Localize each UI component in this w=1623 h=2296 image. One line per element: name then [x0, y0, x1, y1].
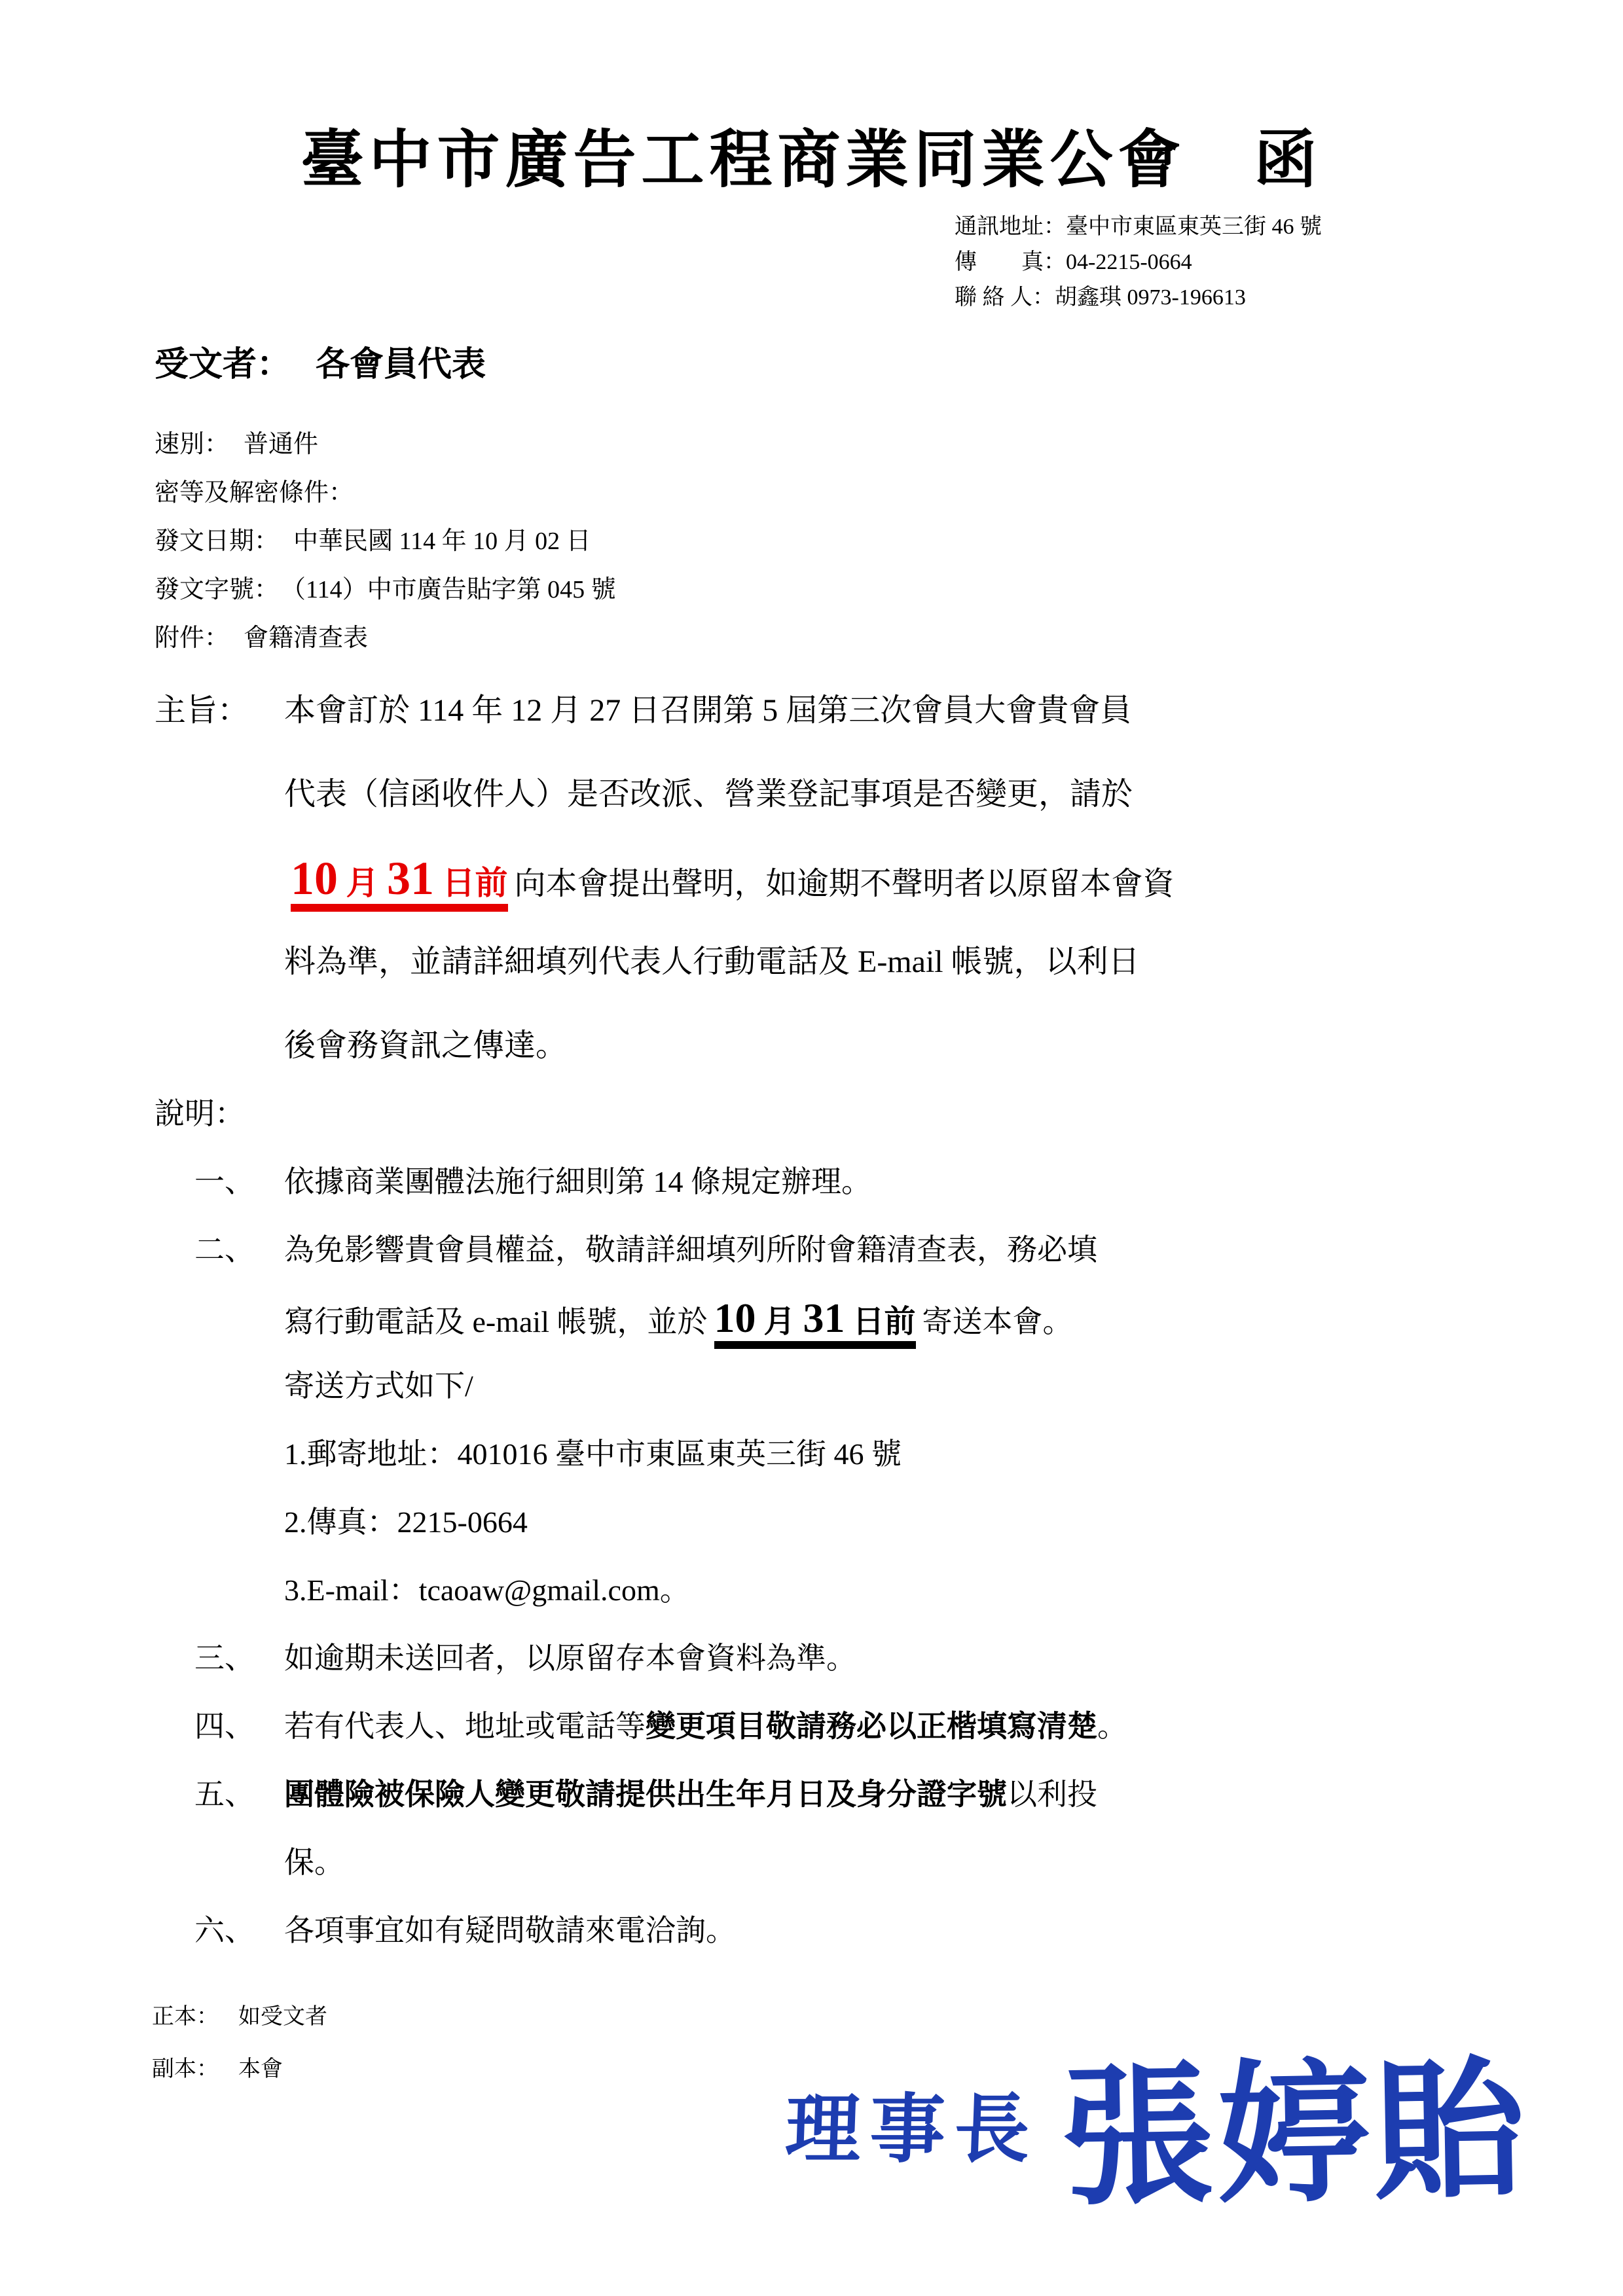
contact-person: 聯 絡 人：胡鑫琪 0973-196613 [955, 280, 1322, 315]
recipient-value: 各會員代表 [316, 346, 486, 384]
page-title: 臺中市廣告工程商業同業公會 函 [0, 110, 1623, 200]
meta-row-speed: 速別：普通件 [155, 420, 616, 469]
recipient-line: 受文者：各會員代表 [155, 336, 486, 386]
deadline-highlight-black: 10 月 31 日前 [714, 1305, 916, 1349]
meta-label: 速別： [155, 431, 229, 458]
explanation-item-2-email: 3.E-mail：tcaoaw@gmail.com。 [155, 1556, 1127, 1624]
item-4-bold-emphasis: 變更項目敬請務必以正楷填寫清楚 [646, 1710, 1097, 1743]
explanation-section: 說明： 一、依據商業團體法施行細則第 14 條規定辦理。 二、為免影響貴會員權益… [155, 1080, 1127, 1965]
original-copy-line: 正本：如受文者 [152, 1991, 327, 2043]
meta-row-date: 發文日期：中華民國 114 年 10 月 02 日 [155, 517, 616, 565]
meta-row-attachment: 附件：會籍清查表 [155, 614, 616, 662]
explanation-item-1: 一、依據商業團體法施行細則第 14 條規定辦理。 [155, 1148, 1127, 1216]
meta-label: 發文日期： [155, 528, 279, 555]
chairman-signature-stamp: 理事長張婷貽 [786, 2013, 1529, 2231]
item-number: 三、 [194, 1624, 284, 1693]
subject-content: 本會訂於 114 年 12 月 27 日召開第 5 屆第三次會員大會貴會員 代表… [284, 669, 1175, 1088]
meta-label: 附件： [155, 624, 229, 652]
explanation-item-6: 六、各項事宜如有疑問敬請來電洽詢。 [155, 1897, 1127, 1965]
meta-value: （114）中市廣告貼字第 045 號 [293, 576, 616, 603]
deadline-highlight-red: 10 月 31 日前 [291, 867, 508, 912]
meta-row-security: 密等及解密條件： [155, 469, 616, 517]
subject-label: 主旨： [155, 669, 249, 753]
duplicate-value: 本會 [238, 2057, 283, 2081]
duplicate-copy-line: 副本：本會 [152, 2043, 327, 2096]
explanation-item-2-line-1: 二、為免影響貴會員權益，敬請詳細填列所附會籍清查表，務必填 [155, 1216, 1127, 1284]
item-number: 五、 [194, 1761, 284, 1829]
explanation-label: 說明： [155, 1080, 1127, 1148]
chairman-name: 張婷貽 [1059, 2009, 1531, 2234]
item-number: 六、 [194, 1897, 284, 1965]
copies-block: 正本：如受文者 副本：本會 [152, 1991, 327, 2096]
subject-line-3: 10 月 31 日前向本會提出聲明，如逾期不聲明者以原留本會資 [284, 836, 1175, 920]
official-letter-page: 臺中市廣告工程商業同業公會 函 通訊地址：臺中市東區東英三街 46 號 傳 真：… [0, 0, 1623, 2296]
meta-value: 中華民國 114 年 10 月 02 日 [293, 528, 591, 555]
chairman-title: 理事長 [784, 2069, 1041, 2177]
item-number: 四、 [194, 1693, 284, 1761]
recipient-label: 受文者： [155, 346, 291, 384]
contact-block: 通訊地址：臺中市東區東英三街 46 號 傳 真：04-2215-0664 聯 絡… [955, 209, 1322, 315]
contact-address: 通訊地址：臺中市東區東英三街 46 號 [955, 209, 1322, 245]
meta-block: 速別：普通件 密等及解密條件： 發文日期：中華民國 114 年 10 月 02 … [155, 420, 616, 662]
meta-row-ref-number: 發文字號：（114）中市廣告貼字第 045 號 [155, 565, 616, 614]
explanation-item-2-line-2: 寫行動電話及 e-mail 帳號，並於10 月 31 日前寄送本會。 [155, 1284, 1127, 1352]
duplicate-label: 副本： [152, 2057, 219, 2081]
item-5-bold-emphasis: 團體險被保險人變更敬請提供出生年月日及身分證字號 [284, 1778, 1007, 1811]
original-value: 如受文者 [238, 2005, 327, 2029]
meta-label: 發文字號： [155, 576, 279, 603]
explanation-item-2-mail-address: 1.郵寄地址：401016 臺中市東區東英三街 46 號 [155, 1420, 1127, 1488]
subject-line-4: 料為準，並請詳細填列代表人行動電話及 E-mail 帳號，以利日 [284, 920, 1175, 1004]
explanation-item-5-line-1: 五、團體險被保險人變更敬請提供出生年月日及身分證字號以利投 [155, 1761, 1127, 1829]
subject-section: 主旨： 本會訂於 114 年 12 月 27 日召開第 5 屆第三次會員大會貴會… [155, 669, 1175, 1088]
explanation-item-5-line-2: 保。 [155, 1829, 1127, 1897]
original-label: 正本： [152, 2005, 219, 2029]
item-number: 一、 [194, 1148, 284, 1216]
item-number: 二、 [194, 1216, 284, 1284]
subject-line-3-rest: 向本會提出聲明，如逾期不聲明者以原留本會資 [515, 867, 1175, 901]
explanation-item-3: 三、如逾期未送回者，以原留存本會資料為準。 [155, 1624, 1127, 1693]
subject-line-5: 後會務資訊之傳達。 [284, 1004, 1175, 1088]
meta-value: 普通件 [244, 431, 318, 458]
subject-line-1: 本會訂於 114 年 12 月 27 日召開第 5 屆第三次會員大會貴會員 [284, 669, 1175, 753]
meta-label: 密等及解密條件： [155, 479, 354, 507]
contact-fax: 傳 真：04-2215-0664 [955, 245, 1322, 280]
explanation-item-2-fax: 2.傳真：2215-0664 [155, 1488, 1127, 1556]
explanation-item-2-line-3: 寄送方式如下/ [155, 1352, 1127, 1420]
subject-line-2: 代表（信函收件人）是否改派、營業登記事項是否變更，請於 [284, 753, 1175, 836]
meta-value: 會籍清查表 [244, 624, 368, 652]
explanation-item-4: 四、若有代表人、地址或電話等變更項目敬請務必以正楷填寫清楚。 [155, 1693, 1127, 1761]
